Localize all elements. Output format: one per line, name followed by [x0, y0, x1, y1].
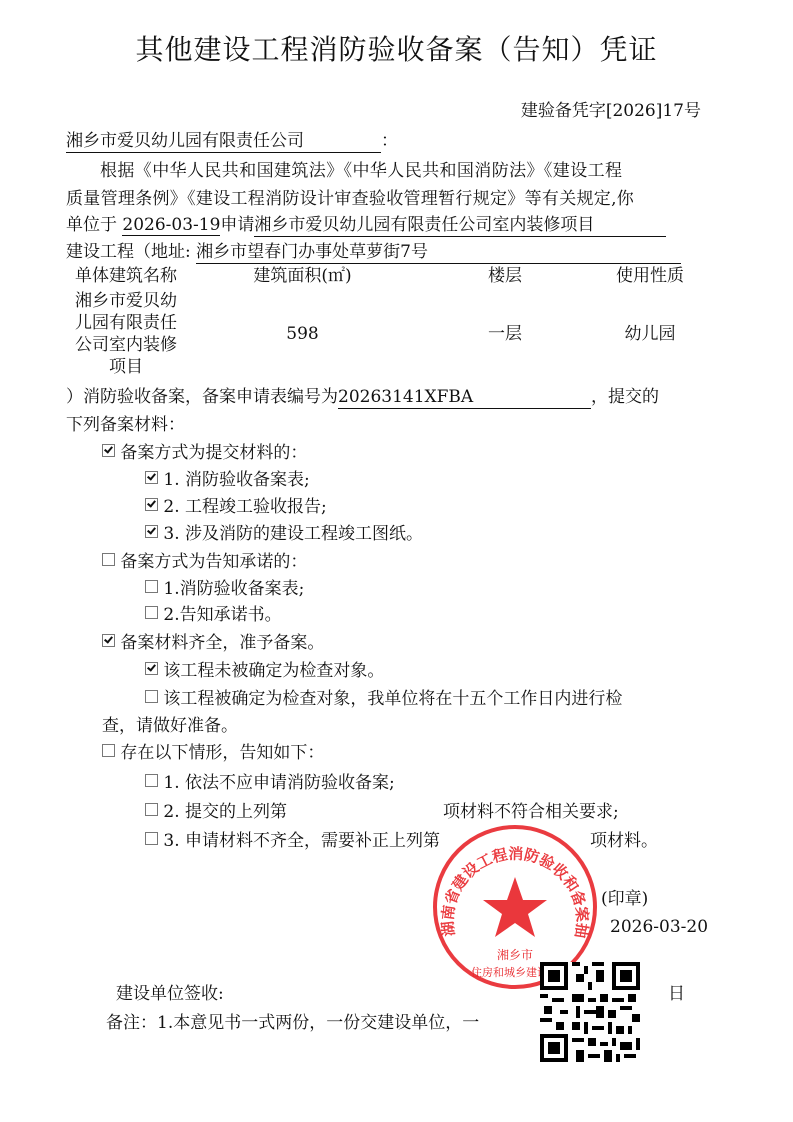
check-item[interactable]: 2.告知承诺书。 [145, 604, 282, 626]
item2-tail: 项材料不符合相关要求; [443, 801, 619, 823]
filing-line: ）消防验收备案，备案申请表编号为20263141XFBA，提交的 [66, 386, 659, 409]
check-item[interactable]: 该工程被确定为检查对象，我单位将在十五个工作日内进行检 [145, 688, 622, 710]
table-row-usage: 幼儿园 [600, 323, 700, 345]
check-label: 备案材料齐全，准予备案。 [120, 633, 324, 653]
check-label: 2. 工程竣工验收报告; [163, 497, 326, 517]
paragraph-line-2: 质量管理条例》《建设工程消防设计审查验收管理暂行规定》等有关规定,你 [66, 188, 634, 210]
check-label: 3. 涉及消防的建设工程竣工图纸。 [163, 524, 423, 544]
table-row-floor: 一层 [460, 323, 550, 345]
checkbox-checked[interactable] [102, 444, 115, 457]
address-prefix: 建设工程（地址: [66, 242, 191, 262]
apply-date: 2026-03-19 [122, 215, 220, 236]
header-usage: 使用性质 [600, 265, 700, 287]
name-line: 公司室内装修 [66, 334, 186, 356]
check-notice[interactable]: 存在以下情形，告知如下： [102, 742, 324, 764]
checkbox-unchecked[interactable] [102, 553, 115, 566]
header-floor: 楼层 [460, 265, 550, 287]
name-line: 湘乡市爱贝幼 [66, 290, 186, 312]
check-item[interactable]: 2. 提交的上列第 [145, 801, 287, 823]
checkbox-checked[interactable] [145, 525, 158, 538]
check-item[interactable]: 1. 消防验收备案表; [145, 469, 310, 491]
application-number: 20263141XFBA [338, 386, 591, 409]
addressee: 湘乡市爱贝幼儿园有限责任公司 [66, 130, 381, 153]
name-line: 项目 [66, 356, 186, 378]
item3-tail: 项材料。 [590, 830, 658, 852]
footer-note: 备注：1.本意见书一式两份，一份交建设单位，一 [106, 1012, 479, 1034]
check-label: 2. 提交的上列第 [163, 802, 287, 822]
colon: ： [381, 131, 398, 151]
checkbox-unchecked[interactable] [145, 606, 158, 619]
checkbox-checked[interactable] [102, 634, 115, 647]
apply-prefix: 单位于 [66, 215, 117, 235]
check-item[interactable]: 3. 涉及消防的建设工程竣工图纸。 [145, 523, 423, 545]
checkbox-unchecked[interactable] [145, 690, 158, 703]
seal-label: (印章) [601, 888, 648, 910]
checkbox-unchecked[interactable] [145, 580, 158, 593]
check-item[interactable]: 2. 工程竣工验收报告; [145, 496, 327, 518]
apply-line: 单位于 2026-03-19申请湘乡市爱贝幼儿园有限责任公司室内装修项目 [66, 214, 666, 237]
paragraph-line-1: 根据《中华人民共和国建筑法》《中华人民共和国消防法》《建设工程 [100, 160, 622, 182]
checkbox-unchecked[interactable] [102, 744, 115, 757]
check-label: 存在以下情形，告知如下： [120, 743, 324, 763]
address: 湘乡市望春门办事处草萝街7号 [196, 241, 681, 264]
check-item[interactable]: 3. 申请材料不齐全，需要补正上列第 [145, 830, 440, 852]
check-item[interactable]: 1. 依法不应申请消防验收备案; [145, 772, 395, 794]
document-title: 其他建设工程消防验收备案（告知）凭证 [0, 28, 793, 68]
check-submit-materials[interactable]: 备案方式为提交材料的： [102, 442, 307, 464]
continuation-text: 查，请做好准备。 [102, 715, 238, 737]
check-label: 2.告知承诺书。 [163, 605, 281, 625]
checkbox-unchecked[interactable] [145, 774, 158, 787]
check-label: 备案方式为提交材料的： [120, 443, 307, 463]
qr-code-icon[interactable] [540, 962, 640, 1062]
check-commitment[interactable]: 备案方式为告知承诺的： [102, 551, 307, 573]
check-item[interactable]: 该工程未被确定为检查对象。 [145, 660, 384, 682]
checkbox-unchecked[interactable] [145, 803, 158, 816]
day-label: 日 [668, 983, 685, 1005]
seal-date: 2026-03-20 [610, 916, 708, 938]
checkbox-checked[interactable] [145, 471, 158, 484]
check-approved[interactable]: 备案材料齐全，准予备案。 [102, 632, 324, 654]
project-name: 湘乡市爱贝幼儿园有限责任公司室内装修项目 [254, 214, 666, 237]
check-label: 该工程被确定为检查对象，我单位将在十五个工作日内进行检 [163, 689, 622, 709]
address-line: 建设工程（地址: 湘乡市望春门办事处草萝街7号 [66, 241, 681, 264]
header-building-name: 单体建筑名称 [66, 265, 186, 287]
check-label: 1. 消防验收备案表; [163, 470, 309, 490]
sign-label: 建设单位签收: [116, 983, 224, 1005]
check-item[interactable]: 1.消防验收备案表; [145, 578, 304, 600]
filing-prefix: ）消防验收备案，备案申请表编号为 [66, 387, 338, 407]
table-row-area: 598 [230, 323, 375, 345]
apply-mid: 申请 [220, 215, 254, 235]
filing-suffix: ，提交的 [591, 387, 659, 407]
check-label: 1.消防验收备案表; [163, 579, 304, 599]
name-line: 儿园有限责任 [66, 312, 186, 334]
addressee-line: 湘乡市爱贝幼儿园有限责任公司： [66, 130, 398, 153]
document-number: 建验备凭字[2026]17号 [521, 100, 701, 122]
checkbox-checked[interactable] [145, 662, 158, 675]
stamp-line1: 湘乡市 [497, 947, 533, 962]
check-label: 3. 申请材料不齐全，需要补正上列第 [163, 831, 440, 851]
table-row-name: 湘乡市爱贝幼 儿园有限责任 公司室内装修 项目 [66, 290, 186, 378]
header-area: 建筑面积(㎡) [230, 265, 375, 287]
filing-line-2: 下列备案材料： [66, 414, 185, 436]
checkbox-unchecked[interactable] [145, 832, 158, 845]
check-label: 1. 依法不应申请消防验收备案; [163, 773, 394, 793]
check-label: 备案方式为告知承诺的： [120, 552, 307, 572]
checkbox-checked[interactable] [145, 498, 158, 511]
check-label: 该工程未被确定为检查对象。 [163, 661, 384, 681]
